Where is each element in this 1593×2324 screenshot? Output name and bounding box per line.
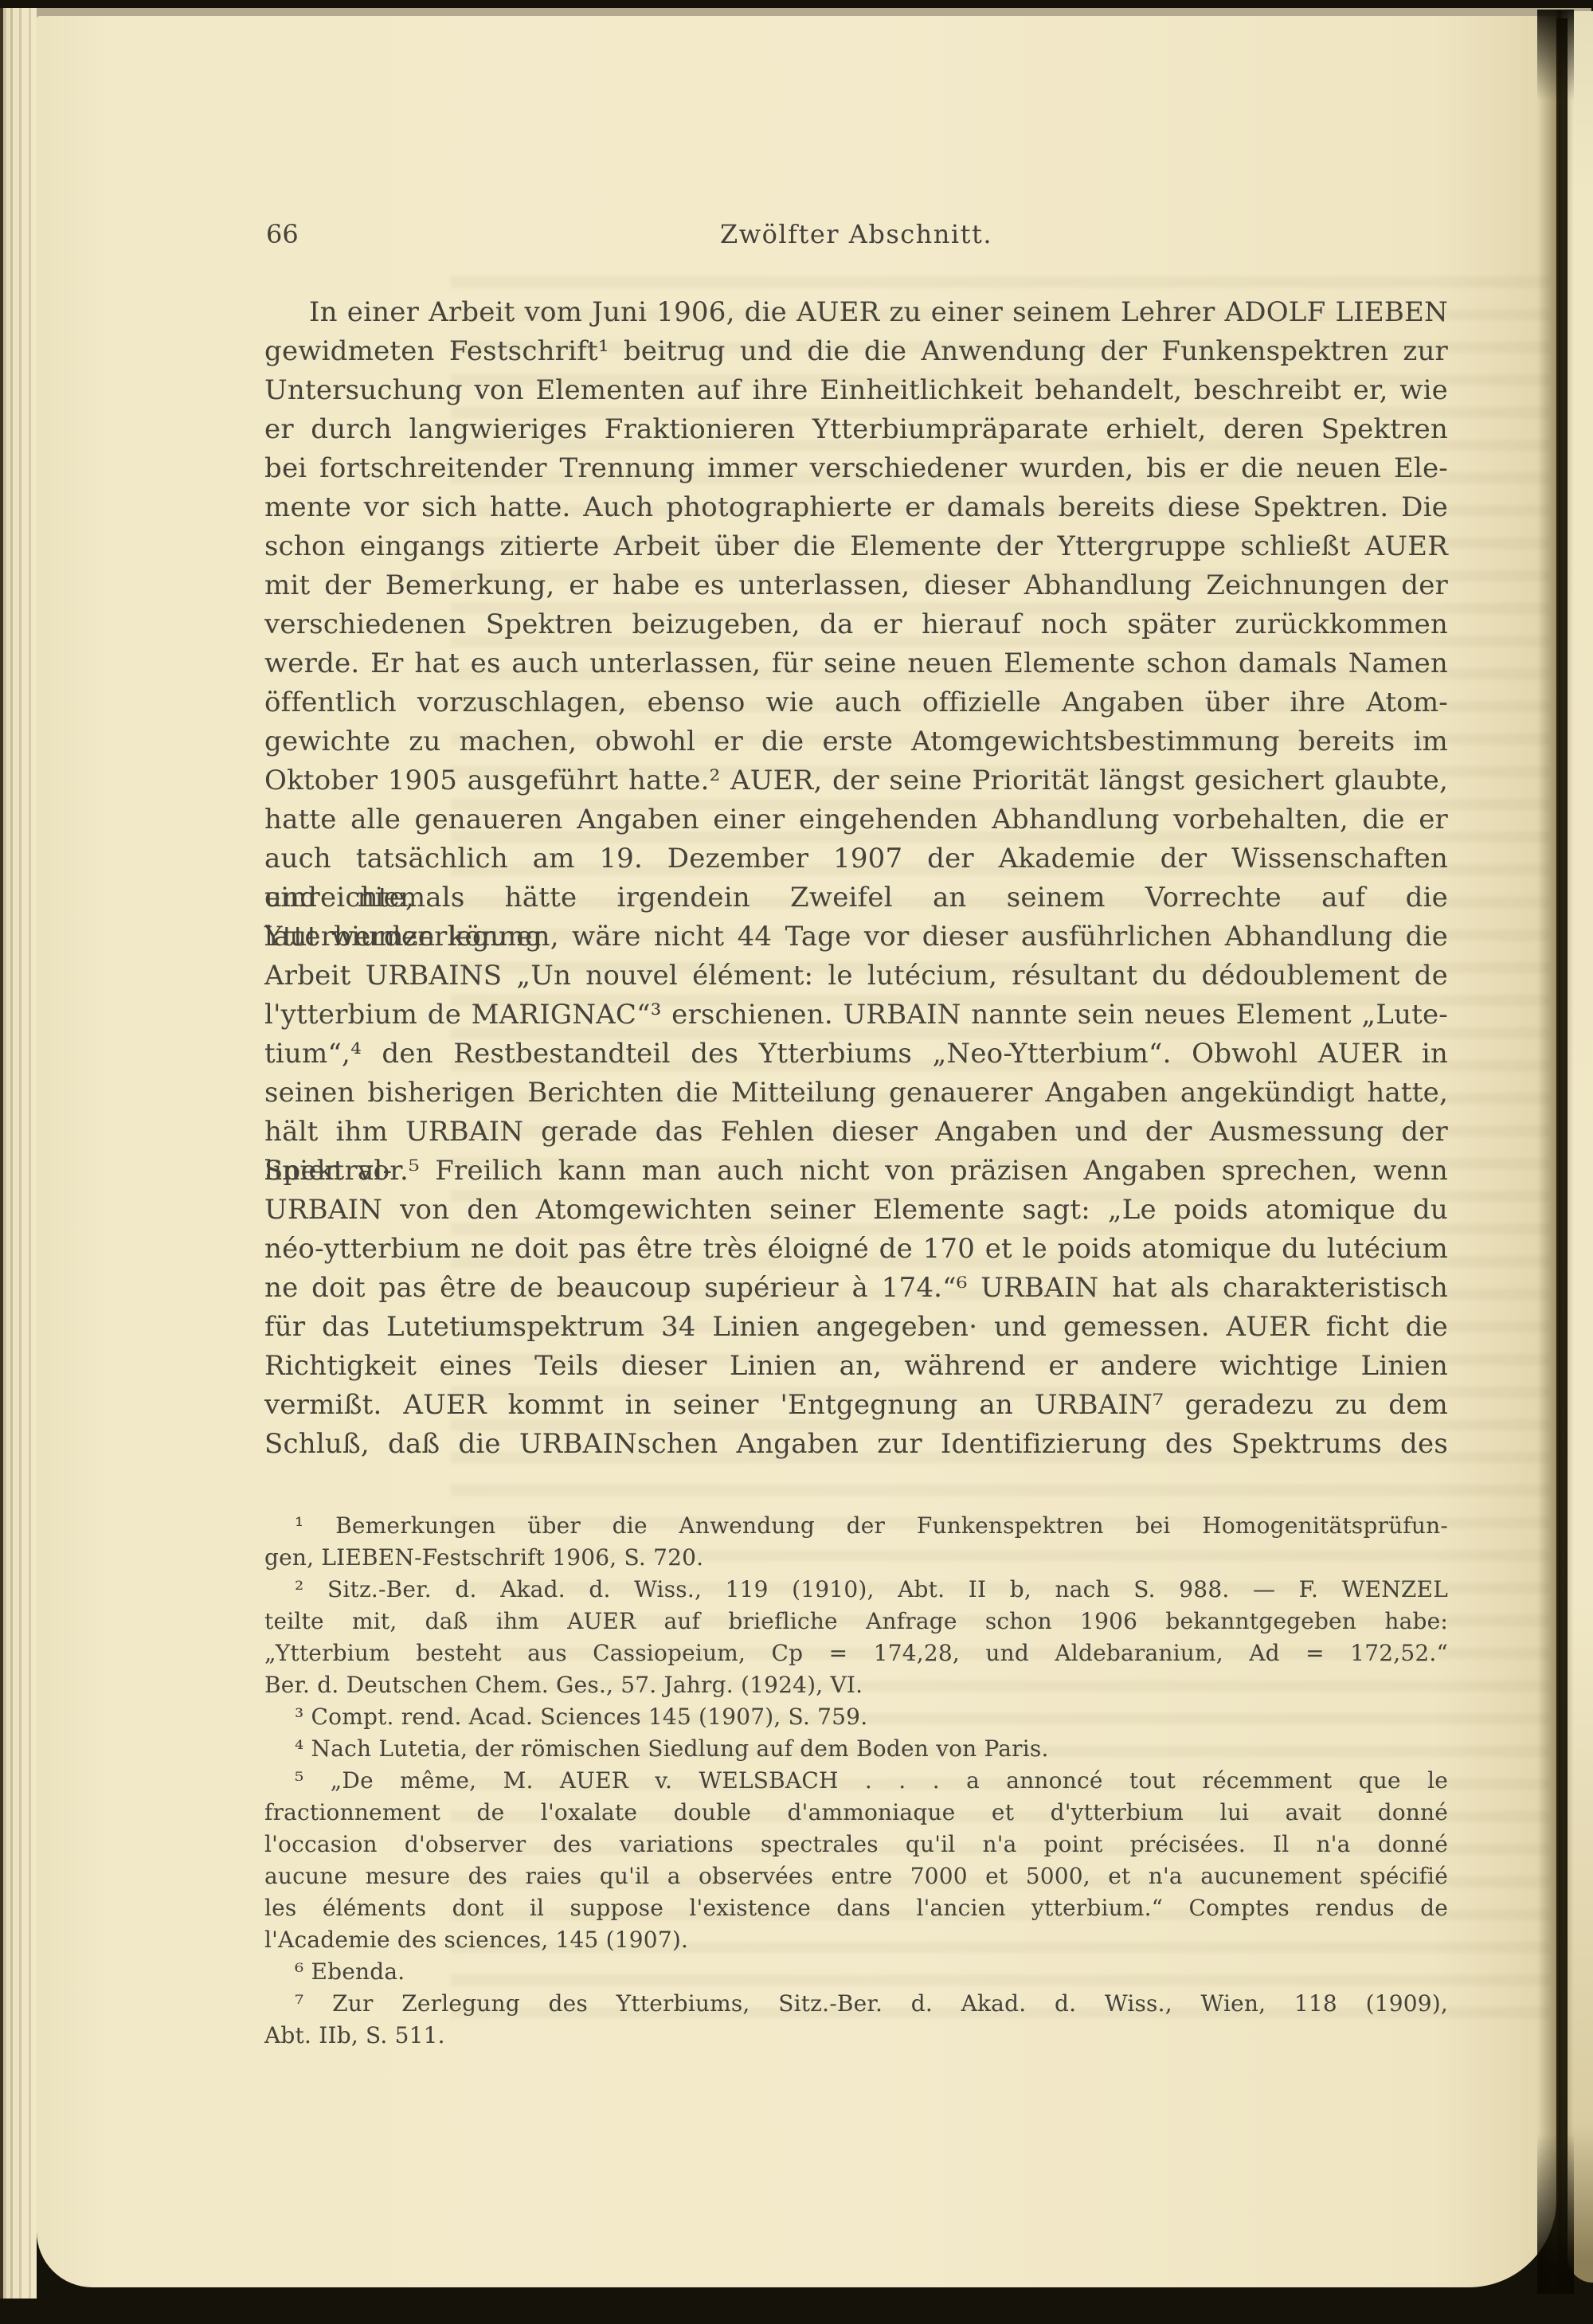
footnote-line: gen, LIEBEN-Festschrift 1906, S. 720. [264,1542,1448,1574]
body-line: mit der Bemerkung, er habe es unterlasse… [264,566,1448,605]
body-line: URBAIN von den Atomgewichten seiner Elem… [264,1191,1448,1230]
body-line: Oktober 1905 ausgeführt hatte.² AUER, de… [264,761,1448,800]
footnote-line: ² Sitz.-Ber. d. Akad. d. Wiss., 119 (191… [264,1574,1448,1606]
chapter-running-title: Zwölfter Abschnitt. [264,217,1448,252]
body-line: Richtigkeit eines Teils dieser Linien an… [264,1347,1448,1386]
footnote-line: fractionnement de l'oxalate double d'amm… [264,1797,1448,1829]
footnotes-block: ¹ Bemerkungen über die Anwendung der Fun… [264,1510,1448,2052]
body-line: mente vor sich hatte. Auch photographier… [264,488,1448,527]
footnote-line: aucune mesure des raies qu'il a observée… [264,1860,1448,1892]
body-line: Untersuchung von Elementen auf ihre Einh… [264,371,1448,410]
body-line: vermißt. AUER kommt in seiner 'Entgegnun… [264,1386,1448,1425]
body-line: hatte alle genaueren Angaben einer einge… [264,800,1448,839]
body-line: In einer Arbeit vom Juni 1906, die AUER … [264,293,1448,332]
body-line: auch tatsächlich am 19. Dezember 1907 de… [264,839,1448,878]
footnote-line: Ber. d. Deutschen Chem. Ges., 57. Jahrg.… [264,1669,1448,1701]
fore-edge-page-stack [0,8,37,2299]
body-line: er durch langwieriges Fraktionieren Ytte… [264,410,1448,449]
footnote-line: ³ Compt. rend. Acad. Sciences 145 (1907)… [264,1701,1448,1733]
body-line: Schluß, daß die URBAINschen Angaben zur … [264,1425,1448,1464]
body-line: gewidmeten Festschrift¹ beitrug und die … [264,332,1448,371]
body-line: bei fortschreitender Trennung immer vers… [264,449,1448,488]
footnote-line: l'Academie des sciences, 145 (1907). [264,1924,1448,1956]
body-line: gewichte zu machen, obwohl er die erste … [264,722,1448,761]
footnote-line: ¹ Bemerkungen über die Anwendung der Fun… [264,1510,1448,1542]
footnote-line: ⁵ „De même, M. AUER v. WELSBACH . . . a … [264,1765,1448,1797]
body-line: tium“,⁴ den Restbestandteil des Ytterbiu… [264,1035,1448,1074]
body-paragraph: In einer Arbeit vom Juni 1906, die AUER … [264,293,1448,1464]
footnote-line: Abt. IIb, S. 511. [264,2020,1448,2052]
body-line: l'ytterbium de MARIGNAC“³ erschienen. UR… [264,996,1448,1035]
footnote-line: teilte mit, daß ihm AUER auf briefliche … [264,1606,1448,1637]
body-line: und niemals hätte irgendein Zweifel an s… [264,878,1448,917]
footnote-line: ⁶ Ebenda. [264,1956,1448,1988]
footnote-line: l'occasion d'observer des variations spe… [264,1829,1448,1860]
running-header: 66 Zwölfter Abschnitt. [264,217,1448,252]
body-line: hält ihm URBAIN gerade das Fehlen dieser… [264,1113,1448,1152]
page-content: 66 Zwölfter Abschnitt. In einer Arbeit v… [37,16,1556,2287]
body-line: werde. Er hat es auch unterlassen, für s… [264,644,1448,683]
footnote-line: les éléments dont il suppose l'existence… [264,1892,1448,1924]
body-line: schon eingangs zitierte Arbeit über die … [264,527,1448,566]
body-line: néo-ytterbium ne doit pas être très éloi… [264,1230,1448,1269]
body-line: öffentlich vorzuschlagen, ebenso wie auc… [264,683,1448,722]
facing-page-sliver [1568,11,1593,2283]
body-line: linien vor.⁵ Freilich kann man auch nich… [264,1152,1448,1191]
body-line: für das Lutetiumspektrum 34 Linien angeg… [264,1308,1448,1347]
footnote-line: „Ytterbium besteht aus Cassiopeium, Cp =… [264,1637,1448,1669]
body-line: verschiedenen Spektren beizugeben, da er… [264,605,1448,644]
body-line: seinen bisherigen Berichten die Mitteilu… [264,1074,1448,1113]
footnote-line: ⁷ Zur Zerlegung des Ytterbiums, Sitz.-Be… [264,1988,1448,2020]
body-line: laut werden können, wäre nicht 44 Tage v… [264,917,1448,957]
book-page: 66 Zwölfter Abschnitt. In einer Arbeit v… [37,16,1556,2287]
footnote-line: ⁴ Nach Lutetia, der römischen Siedlung a… [264,1733,1448,1765]
body-line: ne doit pas être de beaucoup supérieur à… [264,1269,1448,1308]
book-scan: 66 Zwölfter Abschnitt. In einer Arbeit v… [0,0,1593,2324]
body-line: Arbeit URBAINS „Un nouvel élément: le lu… [264,957,1448,996]
